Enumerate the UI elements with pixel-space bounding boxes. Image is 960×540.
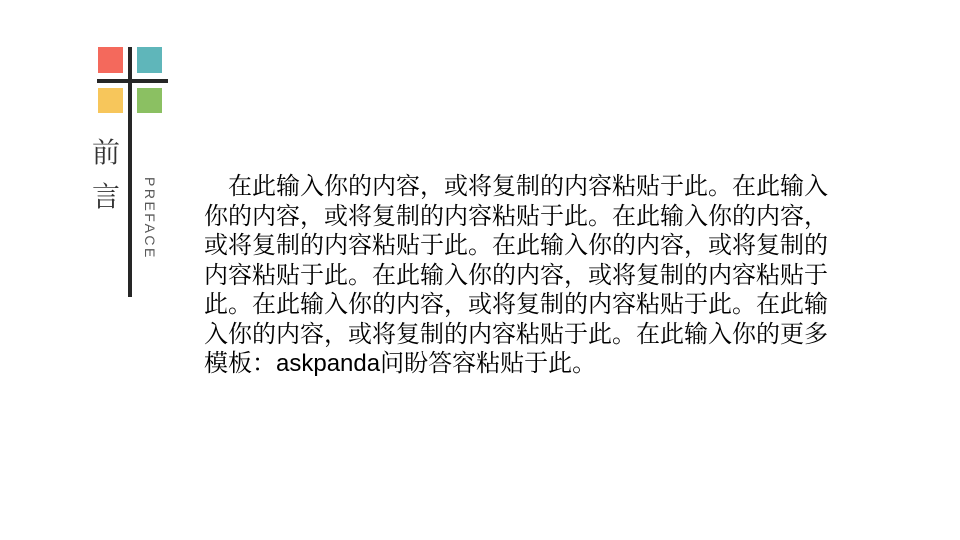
logo-square-green xyxy=(137,88,162,113)
body-line-5: 此。在此输入你的内容，或将复制的内容粘贴于此。在此输 xyxy=(204,290,864,320)
body-line-4: 内容粘贴于此。在此输入你的内容，或将复制的内容粘贴于 xyxy=(204,261,864,291)
title-char-yan: 言 xyxy=(92,183,120,211)
divider-vertical-line xyxy=(128,47,132,297)
title-char-qian: 前 xyxy=(92,139,120,167)
logo-square-yellow xyxy=(98,88,123,113)
body-line-1: 在此输入你的内容，或将复制的内容粘贴于此。在此输入 xyxy=(204,172,864,202)
slide: 前 言 PREFACE 在此输入你的内容，或将复制的内容粘贴于此。在此输入 你的… xyxy=(0,0,960,540)
body-text: 在此输入你的内容，或将复制的内容粘贴于此。在此输入 你的内容，或将复制的内容粘贴… xyxy=(204,172,864,379)
logo-horizontal-line xyxy=(97,79,168,83)
body-line-7: 模板：askpanda问盼答容粘贴于此。 xyxy=(204,349,864,379)
logo-square-teal xyxy=(137,47,162,73)
body-line-2: 你的内容，或将复制的内容粘贴于此。在此输入你的内容， xyxy=(204,202,864,232)
section-title-chinese: 前 言 xyxy=(91,139,121,211)
logo-square-red xyxy=(98,47,123,73)
body-line-6: 入你的内容，或将复制的内容粘贴于此。在此输入你的更多 xyxy=(204,320,864,350)
section-title-english: PREFACE xyxy=(142,177,158,260)
body-line-3: 或将复制的内容粘贴于此。在此输入你的内容，或将复制的 xyxy=(204,231,864,261)
